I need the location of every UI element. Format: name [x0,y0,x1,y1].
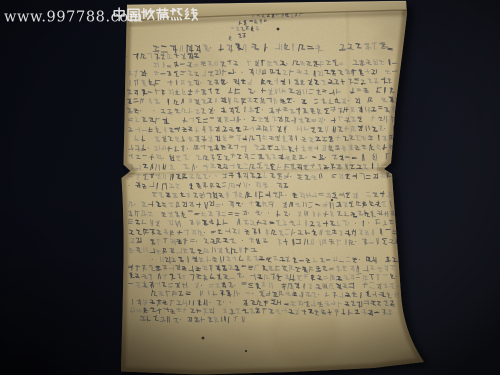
watermark-latin: www.997788.com [4,10,143,26]
collectible-photo: www.997788.com 中国收藏热线 [0,0,500,375]
photo-vignette-corner [0,0,500,375]
